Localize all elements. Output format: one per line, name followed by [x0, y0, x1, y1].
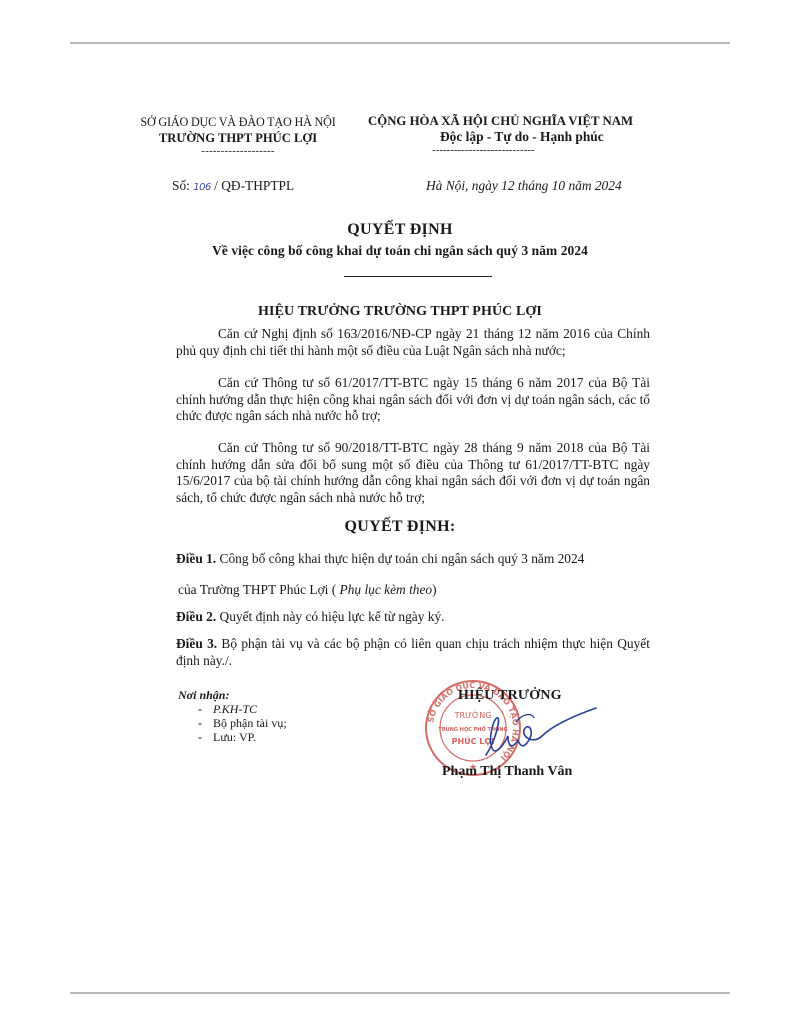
bullet: -	[198, 730, 202, 744]
recipient-item: -Lưu: VP.	[178, 730, 287, 744]
bullet: -	[198, 702, 202, 716]
article-2: Điều 2. Quyết định này có hiệu lực kể từ…	[176, 609, 650, 626]
document-title: QUYẾT ĐỊNH	[0, 221, 800, 239]
title-underline	[344, 276, 492, 277]
article-1-continuation: của Trường THPT Phúc Lợi ( Phụ lục kèm t…	[178, 582, 652, 599]
article-label: Điều 2.	[176, 609, 216, 624]
recipients-block: Nơi nhận: -P.KH-TC -Bộ phận tài vụ; -Lưu…	[178, 688, 287, 744]
nation-name: CỘNG HÒA XÃ HỘI CHỦ NGHĨA VIỆT NAM	[360, 113, 660, 129]
recipient-name: Lưu: VP.	[213, 730, 256, 744]
issuing-authority: HIỆU TRƯỞNG TRƯỜNG THPT PHÚC LỢI	[0, 304, 800, 320]
handwritten-signature-icon	[478, 700, 608, 765]
article-3: Điều 3. Bộ phận tài vụ và các bộ phận có…	[176, 636, 650, 669]
decision-heading: QUYẾT ĐỊNH:	[0, 518, 800, 536]
national-motto: Độc lập - Tự do - Hạnh phúc	[360, 129, 660, 145]
signer-name: Phạm Thị Thanh Vân	[442, 764, 572, 780]
recipient-item: -Bộ phận tài vụ;	[178, 716, 287, 730]
recipients-label: Nơi nhận:	[178, 688, 287, 702]
issuing-agency-block: SỞ GIÁO DỤC VÀ ĐÀO TẠO HÀ NỘI TRƯỜNG THP…	[132, 114, 344, 156]
article-label: Điều 1.	[176, 551, 216, 566]
handwritten-number: 106	[193, 182, 211, 193]
recipient-item: -P.KH-TC	[178, 702, 287, 716]
number-suffix: / QĐ-THPTPL	[211, 178, 294, 193]
separator: ----------------------------	[360, 145, 660, 155]
preamble-paragraph: Căn cứ Thông tư số 90/2018/TT-BTC ngày 2…	[176, 440, 650, 506]
recipient-name: P.KH-TC	[213, 702, 257, 716]
article-label: Điều 3.	[176, 636, 217, 651]
document-number: Số: 106 / QĐ-THPTPL	[172, 178, 294, 194]
article-text: của Trường THPT Phúc Lợi	[178, 582, 332, 597]
preamble-paragraph: Căn cứ Thông tư số 61/2017/TT-BTC ngày 1…	[176, 375, 650, 425]
agency-name: SỞ GIÁO DỤC VÀ ĐÀO TẠO HÀ NỘI	[132, 114, 344, 130]
appendix-note: Phụ lục kèm theo	[340, 582, 433, 597]
school-name: TRƯỜNG THPT PHÚC LỢI	[132, 130, 344, 146]
recipient-name: Bộ phận tài vụ;	[213, 716, 287, 730]
article-1: Điều 1. Công bố công khai thực hiện dự t…	[176, 551, 650, 568]
separator: -------------------	[132, 146, 344, 156]
number-prefix: Số:	[172, 178, 193, 193]
place-date: Hà Nội, ngày 12 tháng 10 năm 2024	[426, 178, 622, 194]
article-text: Bộ phận tài vụ và các bộ phận có liên qu…	[176, 636, 650, 668]
paren-open: (	[332, 582, 340, 597]
document-subtitle: Về việc công bố công khai dự toán chi ng…	[0, 243, 800, 259]
article-text: Quyết định này có hiệu lực kể từ ngày ký…	[216, 609, 444, 624]
paren-close: )	[432, 582, 436, 597]
bullet: -	[198, 716, 202, 730]
preamble-paragraph: Căn cứ Nghị định số 163/2016/NĐ-CP ngày …	[176, 326, 650, 359]
article-text: Công bố công khai thực hiện dự toán chi …	[216, 551, 584, 566]
recipients-list: -P.KH-TC -Bộ phận tài vụ; -Lưu: VP.	[178, 702, 287, 744]
national-title-block: CỘNG HÒA XÃ HỘI CHỦ NGHĨA VIỆT NAM Độc l…	[360, 113, 660, 155]
